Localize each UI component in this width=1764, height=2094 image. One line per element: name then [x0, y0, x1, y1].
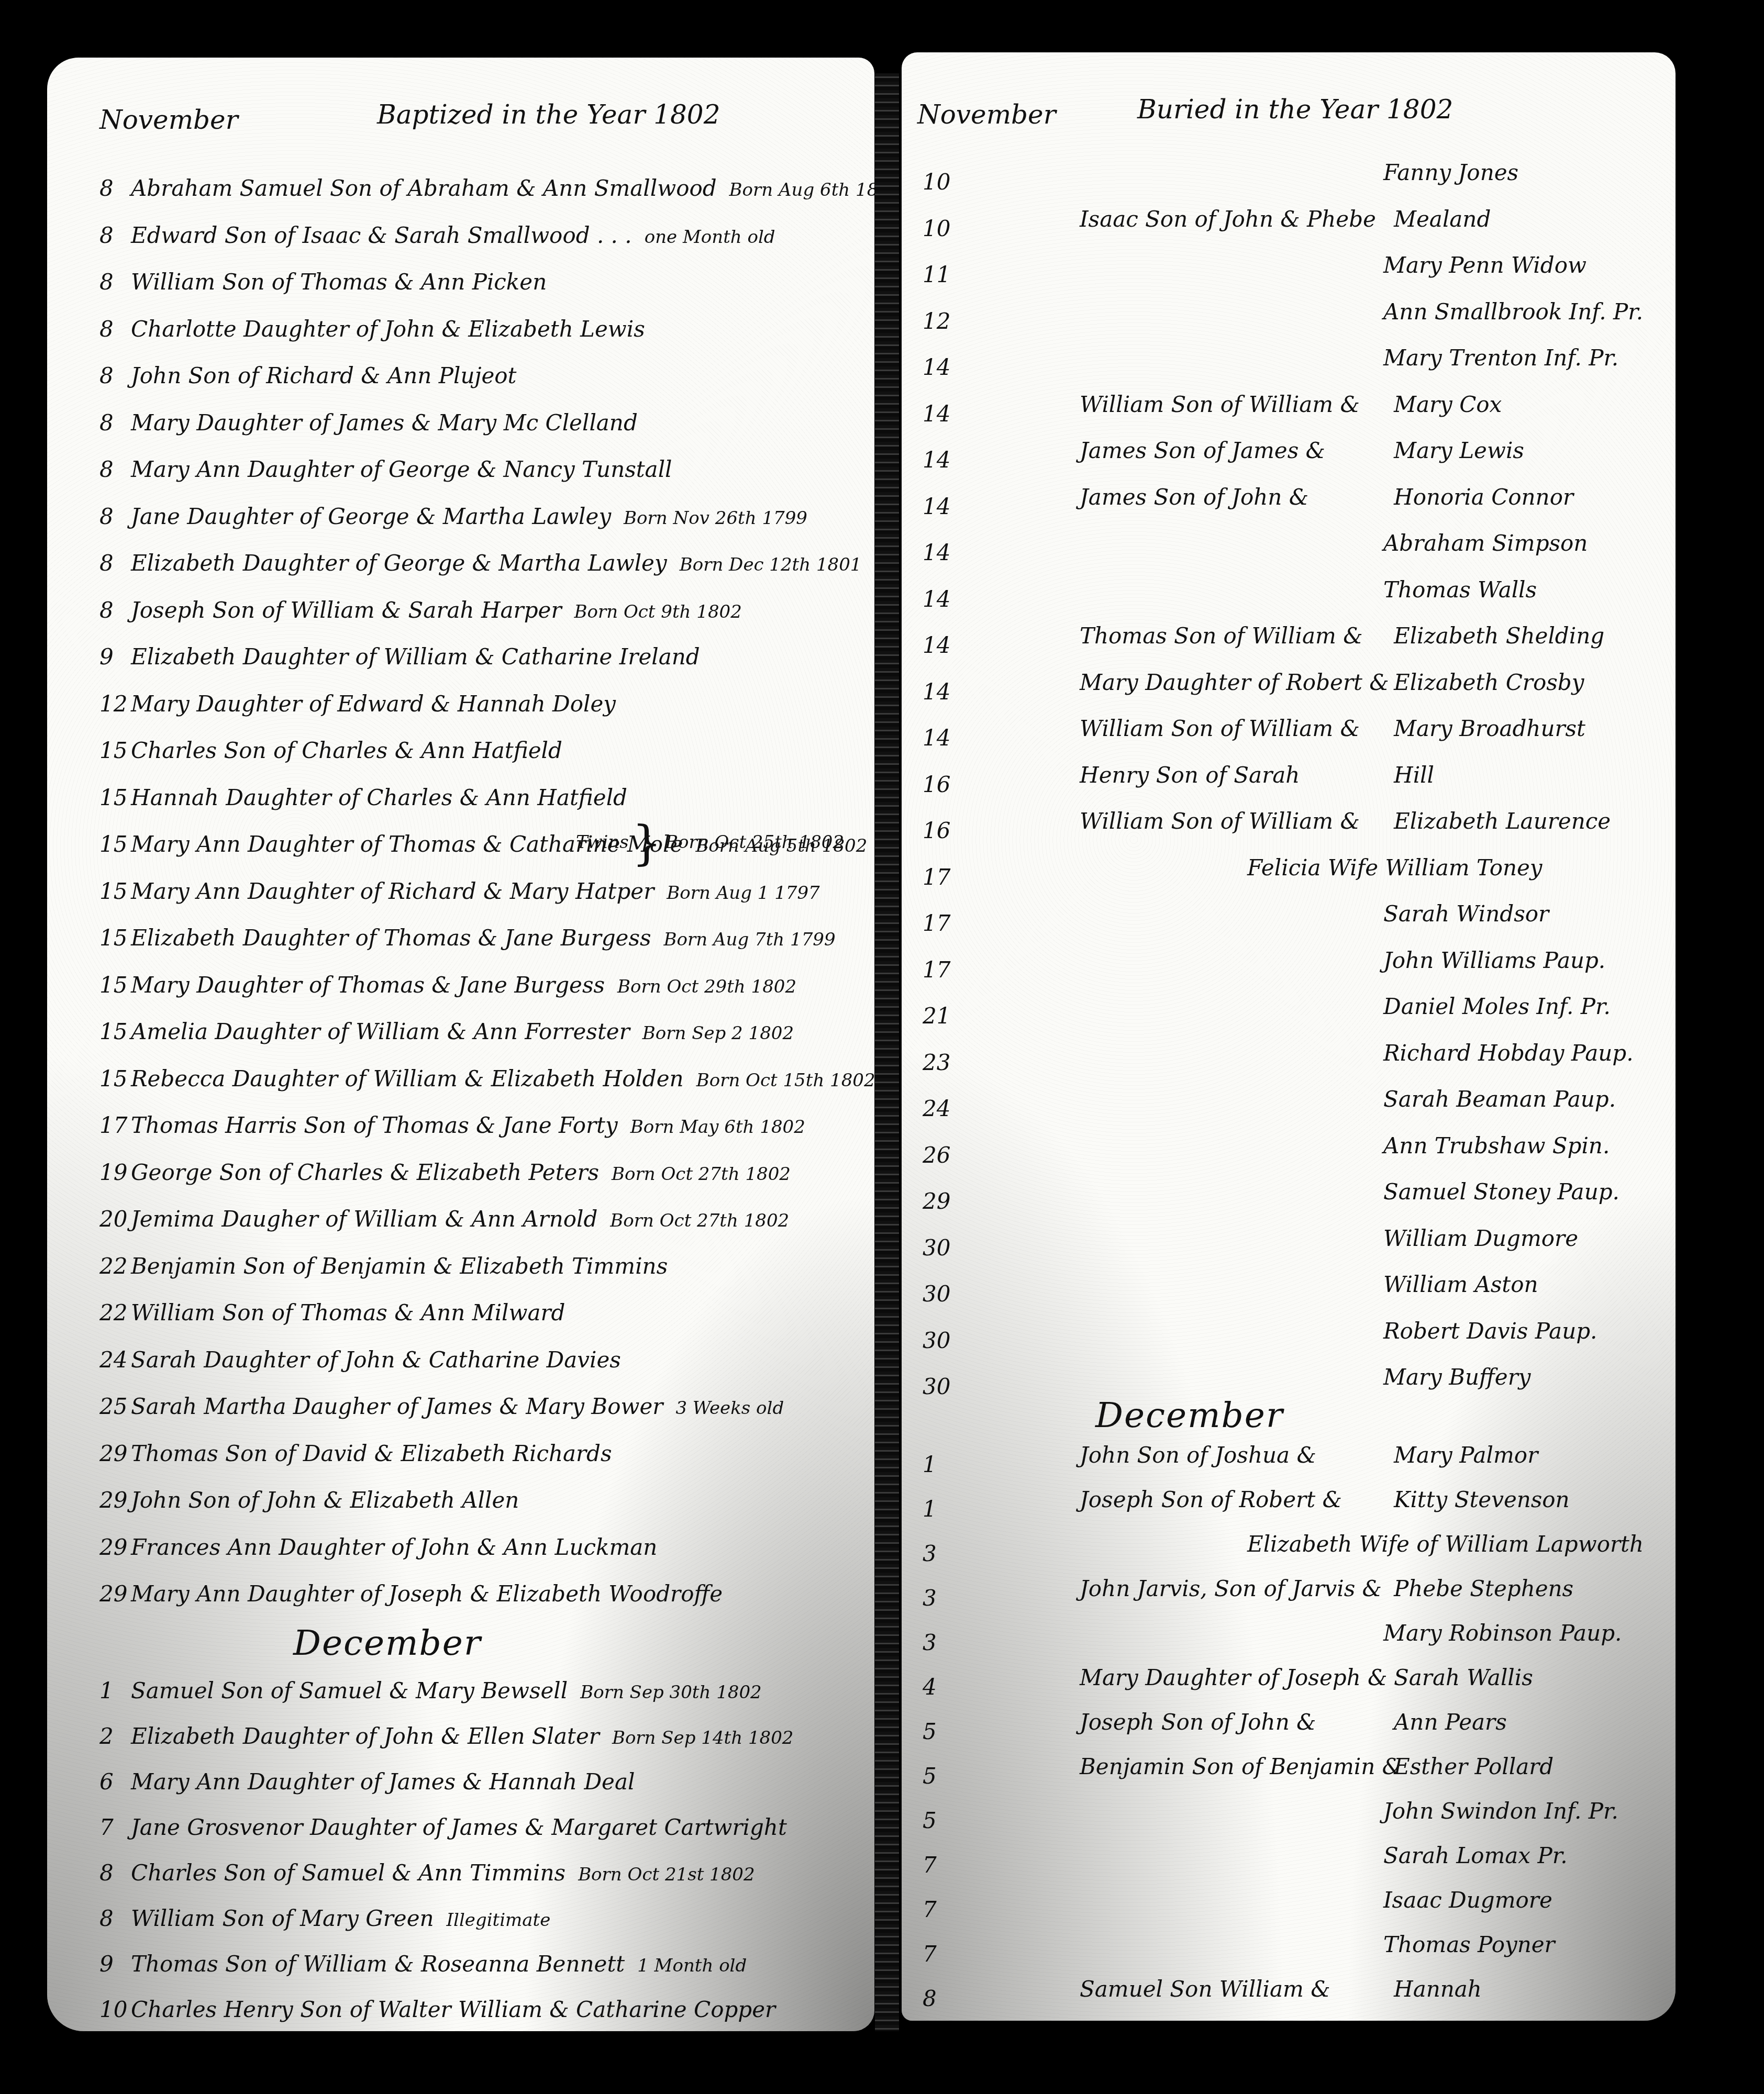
entry-day: 14 [923, 537, 959, 569]
entry-day: 1 [99, 1675, 131, 1707]
entry-text: William Son of Thomas & Ann Milward [131, 1300, 565, 1326]
entry-name: Phebe Stephens [1394, 1573, 1573, 1605]
entry-text: Mary Daughter of Edward & Hannah Doley [131, 691, 616, 717]
entry-name: Honoria Connor [1394, 482, 1573, 513]
entry-day: 10 [923, 213, 959, 244]
burial-entry: 11Mary Penn Widow [923, 250, 1676, 281]
entry-name: Mary Broadhurst [1394, 713, 1585, 744]
entry-day: 7 [923, 1850, 959, 1881]
entry-name: Sarah Wallis [1394, 1662, 1533, 1694]
burial-entry: 14William Son of William &Mary Broadhurs… [923, 713, 1676, 744]
entry-name: Elizabeth Crosby [1394, 667, 1584, 698]
baptism-entry: 8Jane Daughter of George & Martha Lawley… [99, 501, 807, 534]
burial-entry: 1John Son of Joshua &Mary Palmor [923, 1440, 1676, 1471]
entry-name: Ann Smallbrook Inf. Pr. [1383, 296, 1643, 328]
burial-entry: 26Ann Trubshaw Spin. [923, 1130, 1676, 1162]
entry-name: Esther Pollard [1394, 1751, 1554, 1783]
entry-day: 9 [99, 1948, 131, 1980]
entry-note: Born Oct 9th 1802 [574, 602, 741, 622]
baptism-entry: 10Charles Henry Son of Walter William & … [99, 1994, 775, 2025]
entry-text: Jane Daughter of George & Martha Lawley [131, 504, 611, 529]
entry-day: 30 [923, 1232, 959, 1264]
baptism-entry: 29Thomas Son of David & Elizabeth Richar… [99, 1438, 612, 1469]
entry-day: 1 [923, 1449, 959, 1480]
baptism-entry: 25Sarah Martha Daugher of James & Mary B… [99, 1391, 784, 1424]
entry-day: 16 [923, 769, 959, 800]
entry-text: George Son of Charles & Elizabeth Peters [131, 1160, 599, 1185]
baptism-entry: 29Mary Ann Daughter of Joseph & Elizabet… [99, 1578, 723, 1610]
burials-page: November Buried in the Year 1802 10Fanny… [902, 52, 1676, 2021]
entry-day: 5 [923, 1805, 959, 1836]
entry-note: one Month old [645, 227, 775, 248]
entry-name: Thomas Poyner [1383, 1929, 1555, 1961]
baptism-entry: 1Samuel Son of Samuel & Mary BewsellBorn… [99, 1675, 762, 1708]
entry-day: 8 [99, 220, 131, 251]
burial-entry: 30William Dugmore [923, 1223, 1676, 1254]
entry-day: 17 [99, 1110, 131, 1141]
entry-parents: Henry Son of Sarah [1080, 760, 1300, 791]
entry-name: Richard Hobday Paup. [1383, 1038, 1633, 1069]
entry-day: 30 [923, 1371, 959, 1402]
entry-day: 22 [99, 1251, 131, 1282]
entry-note: 1 Month old [637, 1955, 747, 1976]
entry-note: 3 Weeks old [675, 1398, 784, 1419]
entry-day: 17 [923, 862, 959, 893]
entry-name: Sarah Beaman Paup. [1383, 1084, 1616, 1115]
entry-text: Thomas Son of David & Elizabeth Richards [131, 1441, 612, 1466]
entry-text: Charles Son of Charles & Ann Hatfield [131, 738, 562, 763]
entry-day: 2 [99, 1721, 131, 1752]
burial-entry: 16William Son of William &Elizabeth Laur… [923, 806, 1676, 837]
entry-name: Mary Palmor [1394, 1440, 1538, 1471]
entry-day: 3 [923, 1627, 959, 1658]
entry-note: Born Aug 1 1797 [667, 883, 819, 904]
entry-name: Hannah [1394, 1974, 1482, 2005]
entry-text: Samuel Son of Samuel & Mary Bewsell [131, 1678, 568, 1703]
burial-entry: 14Thomas Son of William &Elizabeth Sheld… [923, 620, 1676, 652]
baptism-entry: 15Amelia Daughter of William & Ann Forre… [99, 1016, 794, 1049]
baptism-entry: 15Hannah Daughter of Charles & Ann Hatfi… [99, 782, 627, 814]
entry-day: 5 [923, 1716, 959, 1747]
entry-text: Mary Ann Daughter of Joseph & Elizabeth … [131, 1581, 723, 1607]
twins-birth-note: Born Oct 25th 1802 [665, 832, 844, 853]
entry-name: Ann Trubshaw Spin. [1383, 1130, 1610, 1162]
entry-text: Elizabeth Daughter of Thomas & Jane Burg… [131, 925, 651, 951]
entry-text: Sarah Martha Daugher of James & Mary Bow… [131, 1394, 663, 1419]
baptism-entry: 12Mary Daughter of Edward & Hannah Doley [99, 688, 616, 720]
entry-name: John Swindon Inf. Pr. [1383, 1796, 1618, 1827]
entry-note: Born Oct 15th 1802 [696, 1070, 874, 1091]
entry-text: Charles Son of Samuel & Ann Timmins [131, 1860, 565, 1886]
entry-name: Daniel Moles Inf. Pr. [1383, 991, 1611, 1022]
entry-day: 24 [99, 1344, 131, 1376]
entry-day: 11 [923, 259, 959, 291]
page-header: November Buried in the Year 1802 [917, 94, 1655, 141]
entry-parents: Mary Daughter of Robert & [1080, 667, 1389, 698]
entry-day: 8 [99, 407, 131, 439]
burial-entry: 14Mary Trenton Inf. Pr. [923, 342, 1676, 374]
entry-day: 8 [99, 173, 131, 204]
entry-name: Mary Buffery [1383, 1362, 1531, 1393]
entry-day: 17 [923, 908, 959, 939]
entry-note: Born Oct 27th 1802 [612, 1164, 791, 1185]
burial-entry: 10Fanny Jones [923, 157, 1676, 188]
entry-day: 6 [99, 1766, 131, 1798]
entry-text: Sarah Daughter of John & Catharine Davie… [131, 1347, 621, 1373]
entry-name: Mary Penn Widow [1383, 250, 1587, 281]
entry-day: 15 [99, 876, 131, 907]
entry-note: Born Sep 30th 1802 [580, 1682, 762, 1703]
baptism-entry: 8John Son of Richard & Ann Plujeot [99, 360, 517, 392]
entry-parents: Mary Daughter of Joseph & [1080, 1662, 1387, 1694]
entry-name: Mary Robinson Paup. [1383, 1618, 1622, 1649]
entry-text: Frances Ann Daughter of John & Ann Luckm… [131, 1534, 657, 1560]
entry-day: 15 [99, 782, 131, 814]
entry-name: Elizabeth Wife of William Lapworth [1247, 1529, 1644, 1560]
entry-text: Mary Daughter of James & Mary Mc Clellan… [131, 410, 638, 436]
entry-day: 22 [99, 1297, 131, 1329]
baptism-entry: 15Rebecca Daughter of William & Elizabet… [99, 1063, 874, 1096]
entry-day: 9 [99, 641, 131, 673]
burial-entry: 14Abraham Simpson [923, 528, 1676, 559]
entry-text: Rebecca Daughter of William & Elizabeth … [131, 1066, 684, 1091]
burial-entry: 24Sarah Beaman Paup. [923, 1084, 1676, 1115]
entry-name: Fanny Jones [1383, 157, 1518, 188]
entry-day: 8 [99, 1857, 131, 1889]
entry-name: Mary Trenton Inf. Pr. [1383, 342, 1618, 374]
burial-entry: 12Ann Smallbrook Inf. Pr. [923, 296, 1676, 328]
entry-name: John Williams Paup. [1383, 945, 1605, 976]
burial-entry: 8Samuel Son William &Hannah [923, 1974, 1676, 2005]
entry-day: 3 [923, 1538, 959, 1569]
entry-day: 8 [923, 1983, 959, 2014]
baptism-entry: 22Benjamin Son of Benjamin & Elizabeth T… [99, 1251, 668, 1282]
entry-day: 29 [923, 1186, 959, 1217]
baptism-entry: 8Charlotte Daughter of John & Elizabeth … [99, 314, 645, 345]
entry-name: Sarah Windsor [1383, 898, 1549, 930]
book-gutter [873, 73, 902, 2031]
entry-day: 14 [923, 444, 959, 476]
entry-text: Edward Son of Isaac & Sarah Smallwood . … [131, 222, 632, 248]
entry-text: Benjamin Son of Benjamin & Elizabeth Tim… [131, 1253, 668, 1279]
entry-name: Ann Pears [1394, 1707, 1507, 1738]
baptism-entry: 8William Son of Thomas & Ann Picken [99, 266, 547, 298]
entry-text: Thomas Son of William & Roseanna Bennett [131, 1951, 625, 1977]
entry-note: Illegitimate [447, 1910, 551, 1931]
entry-note: Born Sep 2 1802 [642, 1023, 794, 1044]
baptism-entry: 29Frances Ann Daughter of John & Ann Luc… [99, 1532, 657, 1563]
entry-day: 8 [99, 314, 131, 345]
burial-entry: 3Mary Robinson Paup. [923, 1618, 1676, 1649]
burial-entry: 1Joseph Son of Robert &Kitty Stevenson [923, 1484, 1676, 1516]
entry-day: 24 [923, 1093, 959, 1124]
burial-entry: 14James Son of John &Honoria Connor [923, 482, 1676, 513]
entry-parents: William Son of William & [1080, 713, 1360, 744]
baptism-entry: 8Elizabeth Daughter of George & Martha L… [99, 548, 862, 581]
entry-day: 14 [923, 630, 959, 661]
baptisms-page: November Baptized in the Year 1802 8Abra… [47, 58, 874, 2031]
entry-name: Felicia Wife William Toney [1247, 852, 1543, 884]
burial-entry: 14James Son of James &Mary Lewis [923, 435, 1676, 466]
entry-name: Abraham Simpson [1383, 528, 1588, 559]
entry-text: Thomas Harris Son of Thomas & Jane Forty [131, 1112, 618, 1138]
baptism-entry: 7Jane Grosvenor Daughter of James & Marg… [99, 1812, 787, 1843]
entry-note: Born Nov 26th 1799 [624, 508, 807, 529]
brace-icon: } [632, 816, 662, 871]
entry-day: 12 [99, 688, 131, 720]
entry-day: 14 [923, 584, 959, 615]
entry-name: Robert Davis Paup. [1383, 1316, 1597, 1347]
entry-name: Samuel Stoney Paup. [1383, 1176, 1619, 1208]
entry-text: Mary Ann Daughter of Richard & Mary Hatp… [131, 878, 654, 904]
burial-entry: 14Thomas Walls [923, 574, 1676, 606]
baptism-entry: 8Abraham Samuel Son of Abraham & Ann Sma… [99, 173, 874, 206]
burial-entry: 10Isaac Son of John & PhebeMealand [923, 204, 1676, 235]
baptism-entry: 17Thomas Harris Son of Thomas & Jane For… [99, 1110, 805, 1143]
twins-label: Twins [576, 832, 629, 853]
burial-entry: 5Joseph Son of John &Ann Pears [923, 1707, 1676, 1738]
entry-day: 19 [99, 1157, 131, 1188]
burial-entry: 21Daniel Moles Inf. Pr. [923, 991, 1676, 1022]
twins-annotation: Twins}Born Oct 25th 1802 [576, 816, 844, 871]
entry-day: 29 [99, 1532, 131, 1563]
entry-text: Jemima Daugher of William & Ann Arnold [131, 1206, 597, 1232]
entry-day: 8 [99, 595, 131, 626]
entry-note: Born Sep 14th 1802 [612, 1728, 794, 1748]
baptism-entry: 9Thomas Son of William & Roseanna Bennet… [99, 1948, 747, 1981]
entry-parents: William Son of William & [1080, 389, 1360, 420]
baptism-entry: 19George Son of Charles & Elizabeth Pete… [99, 1157, 791, 1190]
burial-entry: 16Henry Son of SarahHill [923, 760, 1676, 791]
entry-name: Isaac Dugmore [1383, 1885, 1552, 1916]
burial-entry: 30William Aston [923, 1269, 1676, 1300]
entry-name: Thomas Walls [1383, 574, 1537, 606]
burial-entry: 14Mary Daughter of Robert &Elizabeth Cro… [923, 667, 1676, 698]
entry-day: 23 [923, 1047, 959, 1078]
entry-day: 29 [99, 1578, 131, 1610]
entry-day: 14 [923, 491, 959, 522]
entry-day: 8 [99, 360, 131, 392]
baptism-entry: 29John Son of John & Elizabeth Allen [99, 1485, 519, 1516]
entry-note: Born May 6th 1802 [630, 1117, 805, 1138]
baptism-entry: 22William Son of Thomas & Ann Milward [99, 1297, 565, 1329]
entry-day: 14 [923, 398, 959, 430]
entry-day: 8 [99, 1903, 131, 1934]
baptism-entry: 8Edward Son of Isaac & Sarah Smallwood .… [99, 220, 775, 253]
baptism-entry: 2Elizabeth Daughter of John & Ellen Slat… [99, 1721, 793, 1754]
entry-text: Charles Henry Son of Walter William & Ca… [131, 1997, 775, 2022]
entry-day: 15 [99, 829, 131, 860]
entry-day: 8 [99, 548, 131, 579]
entry-day: 17 [923, 954, 959, 986]
baptism-entry: 15Mary Daughter of Thomas & Jane Burgess… [99, 970, 796, 1003]
header-month: November [99, 105, 238, 135]
baptism-entry: 8Charles Son of Samuel & Ann TimminsBorn… [99, 1857, 755, 1890]
entry-name: Mary Cox [1394, 389, 1502, 420]
entry-day: 15 [99, 1016, 131, 1048]
december-heading: December [1095, 1395, 1283, 1435]
entry-parents: James Son of John & [1080, 482, 1308, 513]
entry-day: 20 [99, 1204, 131, 1235]
entry-text: Mary Ann Daughter of George & Nancy Tuns… [131, 456, 672, 482]
entry-parents: Isaac Son of John & Phebe [1080, 204, 1376, 235]
entry-day: 15 [99, 1063, 131, 1095]
burial-entry: 17Felicia Wife William Toney [923, 852, 1676, 884]
entry-parents: James Son of James & [1080, 435, 1325, 466]
entry-day: 29 [99, 1438, 131, 1469]
entry-text: Mary Ann Daughter of James & Hannah Deal [131, 1769, 635, 1795]
entry-day: 8 [99, 501, 131, 532]
burial-entry: 14William Son of William &Mary Cox [923, 389, 1676, 420]
entry-parents: Joseph Son of John & [1080, 1707, 1316, 1738]
entry-text: Charlotte Daughter of John & Elizabeth L… [131, 316, 645, 342]
entry-name: Elizabeth Laurence [1394, 806, 1611, 837]
entry-parents: John Jarvis, Son of Jarvis & [1080, 1573, 1382, 1605]
baptism-entry: 15Elizabeth Daughter of Thomas & Jane Bu… [99, 922, 836, 955]
burial-entry: 30Robert Davis Paup. [923, 1316, 1676, 1347]
burial-entry: 7Isaac Dugmore [923, 1885, 1676, 1916]
page-header: November Baptized in the Year 1802 [99, 99, 853, 147]
burial-entry: 7Thomas Poyner [923, 1929, 1676, 1961]
entry-text: John Son of Richard & Ann Plujeot [131, 363, 517, 388]
baptism-entry: 8Mary Daughter of James & Mary Mc Clella… [99, 407, 638, 439]
entry-text: Jane Grosvenor Daughter of James & Marga… [131, 1814, 787, 1840]
entry-text: Elizabeth Daughter of George & Martha La… [131, 550, 667, 576]
entry-day: 30 [923, 1325, 959, 1356]
entry-day: 15 [99, 970, 131, 1001]
entry-name: Elizabeth Shelding [1394, 620, 1604, 652]
page-title: Baptized in the Year 1802 [377, 99, 720, 130]
entry-note: Born Oct 21st 1802 [578, 1864, 755, 1885]
entry-day: 26 [923, 1140, 959, 1171]
entry-note: Born Dec 12th 1801 [680, 554, 862, 575]
burial-entry: 7Sarah Lomax Pr. [923, 1840, 1676, 1872]
entry-day: 5 [923, 1761, 959, 1792]
entry-name: William Aston [1383, 1269, 1538, 1300]
entry-text: John Son of John & Elizabeth Allen [131, 1487, 519, 1513]
entry-note: Born Oct 27th 1802 [610, 1210, 789, 1231]
burial-entry: 30Mary Buffery [923, 1362, 1676, 1393]
entry-text: Elizabeth Daughter of John & Ellen Slate… [131, 1723, 600, 1749]
entry-day: 8 [99, 266, 131, 298]
baptism-entry: 15Charles Son of Charles & Ann Hatfield [99, 735, 562, 766]
burial-entry: 17John Williams Paup. [923, 945, 1676, 976]
entry-day: 4 [923, 1672, 959, 1703]
baptism-entry: 8Joseph Son of William & Sarah HarperBor… [99, 595, 742, 628]
entry-name: William Dugmore [1383, 1223, 1578, 1254]
entry-day: 15 [99, 922, 131, 954]
entry-day: 15 [99, 735, 131, 766]
entry-parents: Benjamin Son of Benjamin & [1080, 1751, 1402, 1783]
baptism-entry: 15Mary Ann Daughter of Richard & Mary Ha… [99, 876, 820, 909]
baptism-entry: 8Mary Ann Daughter of George & Nancy Tun… [99, 454, 672, 485]
entry-day: 8 [99, 454, 131, 485]
entry-day: 3 [923, 1583, 959, 1614]
entry-text: Mary Daughter of Thomas & Jane Burgess [131, 972, 605, 998]
baptism-entry: 8William Son of Mary GreenIllegitimate [99, 1903, 550, 1936]
entry-note: Born Aug 7th 1799 [664, 929, 836, 950]
entry-text: Amelia Daughter of William & Ann Forrest… [131, 1019, 630, 1044]
burial-entry: 3John Jarvis, Son of Jarvis &Phebe Steph… [923, 1573, 1676, 1605]
entry-parents: Thomas Son of William & [1080, 620, 1363, 652]
entry-day: 25 [99, 1391, 131, 1422]
burial-entry: 29Samuel Stoney Paup. [923, 1176, 1676, 1208]
entry-day: 14 [923, 676, 959, 708]
entry-note: Born Aug 6th 1802 [729, 180, 874, 201]
burial-entry: 3Elizabeth Wife of William Lapworth [923, 1529, 1676, 1560]
entry-parents: William Son of William & [1080, 806, 1360, 837]
entry-note: Born Oct 29th 1802 [617, 976, 796, 997]
burial-entry: 23Richard Hobday Paup. [923, 1038, 1676, 1069]
entry-day: 29 [99, 1485, 131, 1516]
entry-day: 14 [923, 352, 959, 383]
entry-text: Joseph Son of William & Sarah Harper [131, 597, 561, 623]
entry-day: 30 [923, 1278, 959, 1310]
entry-name: Mealand [1394, 204, 1491, 235]
entry-day: 21 [923, 1000, 959, 1032]
entry-day: 7 [923, 1894, 959, 1925]
entry-day: 1 [923, 1494, 959, 1525]
entry-text: Abraham Samuel Son of Abraham & Ann Smal… [131, 175, 717, 201]
entry-name: Sarah Lomax Pr. [1383, 1840, 1567, 1872]
entry-parents: John Son of Joshua & [1080, 1440, 1316, 1471]
december-heading: December [293, 1623, 481, 1663]
baptism-entry: 6Mary Ann Daughter of James & Hannah Dea… [99, 1766, 635, 1798]
burial-entry: 5John Swindon Inf. Pr. [923, 1796, 1676, 1827]
header-month: November [917, 99, 1056, 130]
entry-text: William Son of Mary Green [131, 1906, 434, 1931]
entry-day: 16 [923, 815, 959, 846]
baptism-entry: 20Jemima Daugher of William & Ann Arnold… [99, 1204, 789, 1237]
burial-entry: 17Sarah Windsor [923, 898, 1676, 930]
baptism-entry: 24Sarah Daughter of John & Catharine Dav… [99, 1344, 621, 1376]
entry-day: 12 [923, 306, 959, 337]
entry-name: Kitty Stevenson [1394, 1484, 1570, 1516]
burial-entry: 4Mary Daughter of Joseph &Sarah Wallis [923, 1662, 1676, 1694]
entry-text: Hannah Daughter of Charles & Ann Hatfiel… [131, 785, 627, 810]
entry-day: 7 [99, 1812, 131, 1843]
entry-day: 10 [923, 166, 959, 198]
entry-day: 10 [99, 1994, 131, 2025]
page-title: Buried in the Year 1802 [1137, 94, 1453, 125]
burial-entry: 5Benjamin Son of Benjamin &Esther Pollar… [923, 1751, 1676, 1783]
entry-name: Mary Lewis [1394, 435, 1524, 466]
entry-text: William Son of Thomas & Ann Picken [131, 269, 547, 295]
entry-parents: Samuel Son William & [1080, 1974, 1330, 2005]
entry-day: 14 [923, 722, 959, 754]
entry-day: 7 [923, 1939, 959, 1970]
entry-name: Hill [1394, 760, 1434, 791]
entry-text: Elizabeth Daughter of William & Catharin… [131, 644, 700, 670]
baptism-entry: 9Elizabeth Daughter of William & Cathari… [99, 641, 700, 673]
entry-parents: Joseph Son of Robert & [1080, 1484, 1342, 1516]
